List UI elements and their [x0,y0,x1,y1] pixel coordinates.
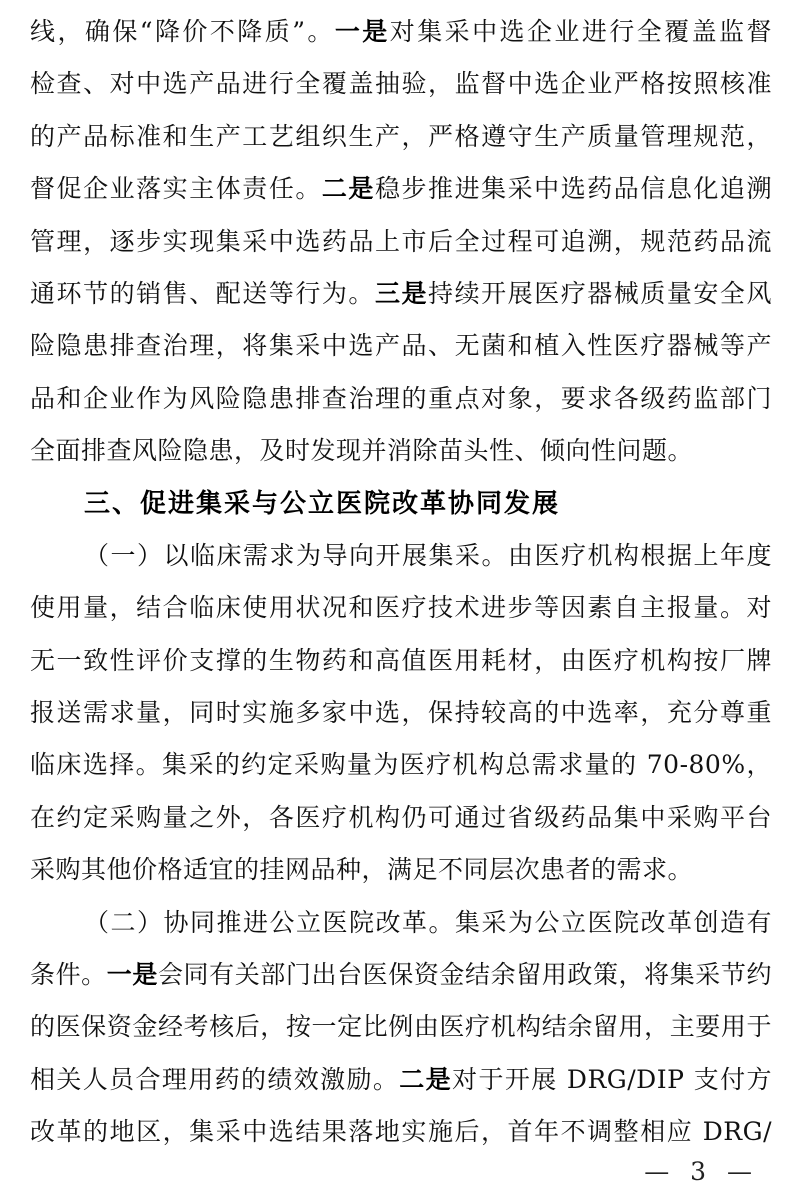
text-run: 相关人员合理用药的绩效激励。 [30,1065,399,1094]
text-line: 相关人员合理用药的绩效激励。二是对于开展 DRG/DIP 支付方式 [30,1054,772,1106]
text-run: 临床选择。集采的约定采购量为医疗机构总需求量的 70-80%， [30,750,772,779]
subheading-run: （二）协同推进公立医院改革。 [84,908,455,937]
text-line: 无一致性评价支撑的生物药和高值医用耗材，由医疗机构按厂牌 [30,635,772,687]
text-run: 报送需求量，同时实施多家中选，保持较高的中选率，充分尊重 [30,698,772,727]
text-line: 改革的地区，集采中选结果落地实施后，首年不调整相应 DRG/ [30,1106,772,1158]
text-run: 督促企业落实主体责任。 [30,174,322,203]
text-line: （一）以临床需求为导向开展集采。由医疗机构根据上年度 [30,530,772,582]
text-run: 的产品标准和生产工艺组织生产，严格遵守生产质量管理规范， [30,122,772,151]
text-line: 在约定采购量之外，各医疗机构仍可通过省级药品集中采购平台 [30,792,772,844]
text-line: 临床选择。集采的约定采购量为医疗机构总需求量的 70-80%， [30,739,772,791]
bold-run: 一是 [335,17,390,46]
text-run: 的医保资金经考核后，按一定比例由医疗机构结余留用，主要用于 [30,1012,772,1041]
text-line: 险隐患排查治理，将集采中选产品、无菌和植入性医疗器械等产 [30,320,772,372]
text-run: 持续开展医疗器械质量安全风 [428,279,772,308]
document-page: 线，确保“降价不降质”。一是对集采中选企业进行全覆盖监督检查、对中选产品进行全覆… [0,0,800,1200]
text-line: 的产品标准和生产工艺组织生产，严格遵守生产质量管理规范， [30,111,772,163]
text-line: 的医保资金经考核后，按一定比例由医疗机构结余留用，主要用于 [30,1001,772,1053]
text-line: 采购其他价格适宜的挂网品种，满足不同层次患者的需求。 [30,844,772,896]
text-run: 险隐患排查治理，将集采中选产品、无菌和植入性医疗器械等产 [30,331,772,360]
text-run: 在约定采购量之外，各医疗机构仍可通过省级药品集中采购平台 [30,803,772,832]
bold-run: 二是 [399,1065,452,1094]
text-line: 条件。一是会同有关部门出台医保资金结余留用政策，将集采节约 [30,949,772,1001]
bold-run: 一是 [107,960,158,989]
text-run: 采购其他价格适宜的挂网品种，满足不同层次患者的需求。 [30,855,693,884]
text-run: 无一致性评价支撑的生物药和高值医用耗材，由医疗机构按厂牌 [30,646,772,675]
text-run: 由医疗机构根据上年度 [508,541,772,570]
text-run: 品和企业作为风险隐患排查治理的重点对象，要求各级药监部门 [30,384,772,413]
text-run: 管理，逐步实现集采中选药品上市后全过程可追溯，规范药品流 [30,227,772,256]
text-run: 检查、对中选产品进行全覆盖抽验，监督中选企业严格按照核准 [30,69,772,98]
text-line: 全面排查风险隐患，及时发现并消除苗头性、倾向性问题。 [30,425,772,477]
text-line: （二）协同推进公立医院改革。集采为公立医院改革创造有利 [30,897,772,949]
bold-run: 二是 [322,174,375,203]
bold-run: 三是 [375,279,428,308]
text-run: 稳步推进集采中选药品信息化追溯 [375,174,772,203]
text-line: 线，确保“降价不降质”。一是对集采中选企业进行全覆盖监督 [30,6,772,58]
text-run: 通环节的销售、配送等行为。 [30,279,375,308]
text-run: 条件。 [30,960,107,989]
text-run: 线，确保“降价不降质”。 [30,17,335,46]
subheading-run: （一）以临床需求为导向开展集采。 [84,541,508,570]
text-run: 三、促进集采与公立医院改革协同发展 [84,489,560,519]
text-run: 会同有关部门出台医保资金结余留用政策，将集采节约 [158,960,772,989]
text-run: 全面排查风险隐患，及时发现并消除苗头性、倾向性问题。 [30,436,693,465]
text-line: 报送需求量，同时实施多家中选，保持较高的中选率，充分尊重 [30,687,772,739]
text-line: 通环节的销售、配送等行为。三是持续开展医疗器械质量安全风 [30,268,772,320]
text-line: 使用量，结合临床使用状况和医疗技术进步等因素自主报量。对 [30,582,772,634]
text-run: 使用量，结合临床使用状况和医疗技术进步等因素自主报量。对 [30,593,772,622]
section-heading: 三、促进集采与公立医院改革协同发展 [30,478,772,530]
document-body: 线，确保“降价不降质”。一是对集采中选企业进行全覆盖监督检查、对中选产品进行全覆… [30,6,772,1159]
text-run: 对集采中选企业进行全覆盖监督 [390,17,772,46]
text-run: 改革的地区，集采中选结果落地实施后，首年不调整相应 DRG/ [30,1117,772,1146]
text-line: 管理，逐步实现集采中选药品上市后全过程可追溯，规范药品流 [30,216,772,268]
text-line: 品和企业作为风险隐患排查治理的重点对象，要求各级药监部门 [30,373,772,425]
text-line: 检查、对中选产品进行全覆盖抽验，监督中选企业严格按照核准 [30,58,772,110]
text-line: 督促企业落实主体责任。二是稳步推进集采中选药品信息化追溯 [30,163,772,215]
page-number: — 3 — [644,1157,752,1186]
